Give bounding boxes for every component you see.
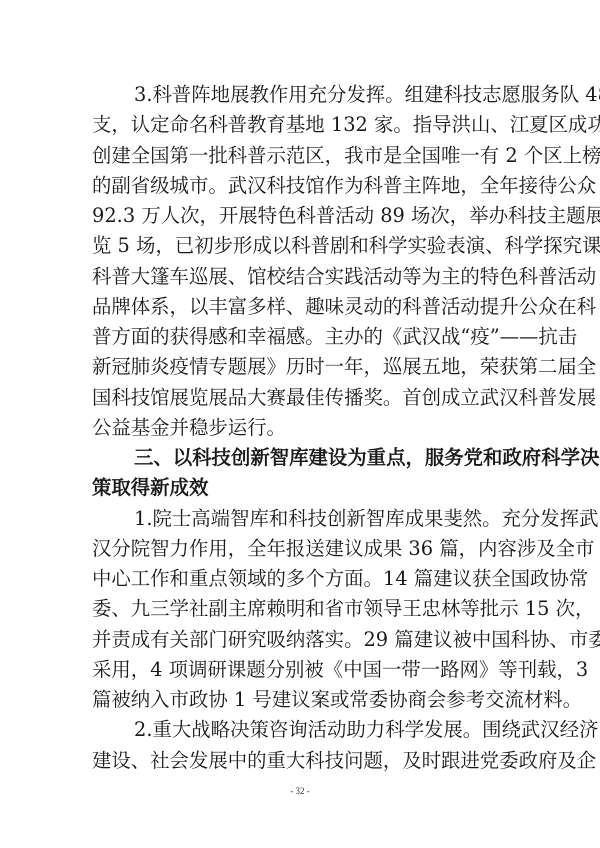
text-line: 支，认定命名科普教育基地 132 家。指导洪山、江夏区成功 [92,110,510,140]
text-line: 公益基金并稳步运行。 [92,413,510,443]
text-line: 并责成有关部门研究吸纳落实。29 篇建议被中国科协、市委 [92,625,510,655]
page-number: - 32 - [0,786,600,796]
text-line: 委、九三学社副主席赖明和省市领导王忠林等批示 15 次， [92,594,510,624]
text-line: 92.3 万人次，开展特色科普活动 89 场次，举办科技主题展 [92,201,510,231]
heading-line: 三、以科技创新智库建设为重点，服务党和政府科学决 [92,443,510,473]
text-line: 新冠肺炎疫情专题展》历时一年，巡展五地，荣获第二届全 [92,352,510,382]
text-line: 览 5 场，已初步形成以科普剧和科学实验表演、科学探究课、 [92,231,510,261]
text-line: 1.院士高端智库和科技创新智库成果斐然。充分发挥武 [92,504,510,534]
text-line: 创建全国第一批科普示范区，我市是全国唯一有 2 个区上榜 [92,141,510,171]
text-line: 科普大篷车巡展、馆校结合实践活动等为主的特色科普活动 [92,262,510,292]
text-line: 的副省级城市。武汉科技馆作为科普主阵地，全年接待公众 [92,171,510,201]
text-line: 国科技馆展览展品大赛最佳传播奖。首创成立武汉科普发展 [92,383,510,413]
paragraph-strategic-consulting: 2.重大战略决策咨询活动助力科学发展。围绕武汉经济 建设、社会发展中的重大科技问… [92,715,510,776]
paragraph-science-popularization: 3.科普阵地展教作用充分发挥。组建科技志愿服务队 489 支，认定命名科普教育基… [92,80,510,443]
paragraph-think-tank: 1.院士高端智库和科技创新智库成果斐然。充分发挥武 汉分院智力作用，全年报送建议… [92,504,510,716]
text-line: 汉分院智力作用，全年报送建议成果 36 篇，内容涉及全市 [92,534,510,564]
text-line: 采用，4 项调研课题分别被《中国一带一路网》等刊载，3 [92,655,510,685]
text-line: 建设、社会发展中的重大科技问题，及时跟进党委政府及企 [92,746,510,776]
section-heading: 三、以科技创新智库建设为重点，服务党和政府科学决 策取得新成效 [92,443,510,504]
heading-line: 策取得新成效 [92,473,510,503]
text-line: 2.重大战略决策咨询活动助力科学发展。围绕武汉经济 [92,715,510,745]
text-line: 篇被纳入市政协 1 号建议案或常委协商会参考交流材料。 [92,685,510,715]
document-page: 3.科普阵地展教作用充分发挥。组建科技志愿服务队 489 支，认定命名科普教育基… [92,80,510,776]
text-line: 3.科普阵地展教作用充分发挥。组建科技志愿服务队 489 [92,80,510,110]
text-line: 普方面的获得感和幸福感。主办的《武汉战“疫”——抗击 [92,322,510,352]
text-line: 中心工作和重点领域的多个方面。14 篇建议获全国政协常 [92,564,510,594]
text-line: 品牌体系，以丰富多样、趣味灵动的科普活动提升公众在科 [92,292,510,322]
